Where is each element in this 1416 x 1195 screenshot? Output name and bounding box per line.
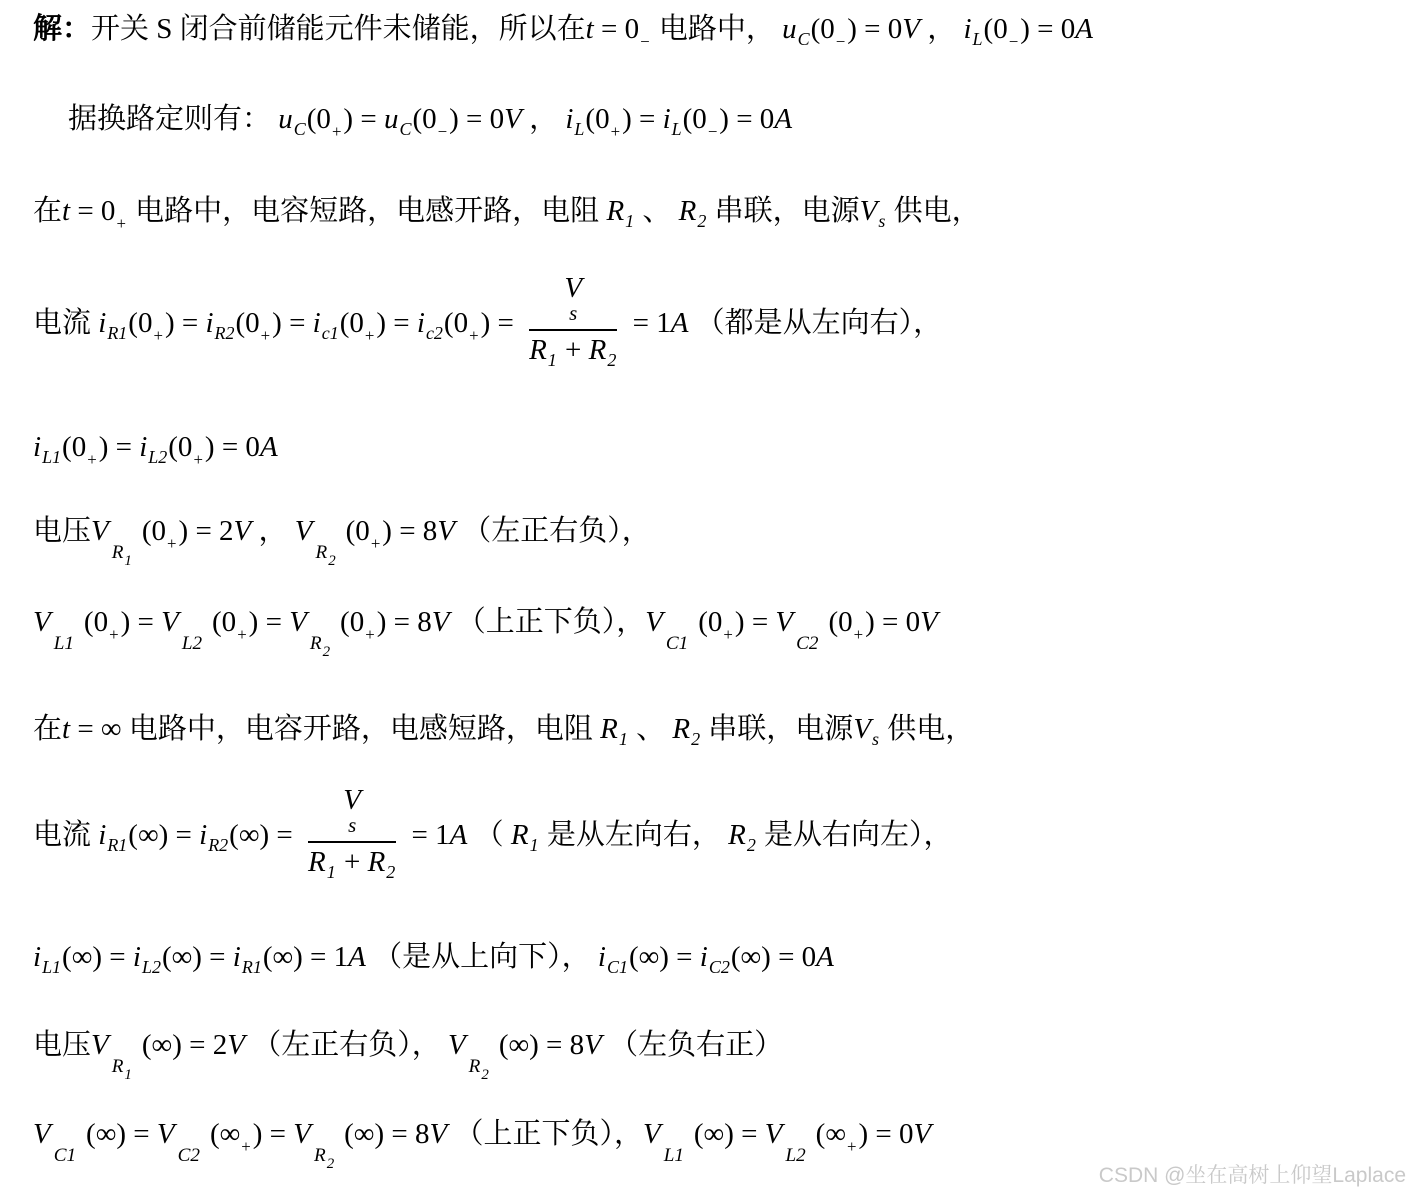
text-run: 电路中，电容短路，电感开路，电阻 (128, 195, 607, 227)
text-run: （左正右负）， (455, 515, 651, 547)
math-text: ) = 8 (377, 606, 432, 638)
formula-line: iL1(∞) = iL2(∞) = iR1(∞) = 1A （是从上向下）， i… (33, 938, 834, 977)
math-text: (∞) = 0 (731, 941, 816, 973)
sign-subscript: + (723, 625, 732, 644)
subscript: R2 (215, 323, 235, 343)
sign-subscript: + (365, 625, 374, 644)
math-text: ) = (735, 606, 776, 638)
text-run: 电路中，电容开路，电感短路，电阻 (129, 713, 600, 745)
math-text: (∞) = (694, 1118, 765, 1150)
subscript: C1 (607, 957, 628, 977)
math-var: V (564, 272, 582, 304)
text-run: 在 (33, 713, 62, 745)
math-text: ) = (249, 606, 290, 638)
math-var: V (643, 1118, 661, 1150)
math-text: (0 (340, 307, 364, 339)
math-var: R (511, 819, 529, 851)
math-text: ) = (481, 307, 522, 339)
math-var: V (645, 606, 663, 638)
subscript: R1 (107, 323, 127, 343)
subscript: 1 (548, 350, 557, 370)
math-var: R (679, 195, 697, 227)
bold-text-run: 解： (33, 13, 91, 45)
math-var: R (672, 713, 690, 745)
numerator-row: V (543, 273, 603, 303)
math-text: ) = 0 (858, 1118, 913, 1150)
deep-subscript: L2 (785, 1143, 805, 1169)
math-var: R (368, 846, 386, 878)
math-text: (0 (585, 103, 609, 135)
deep-subscript: R1 (112, 540, 132, 566)
deep-sub-digit: 2 (481, 1067, 488, 1083)
math-text: ) = (376, 307, 417, 339)
sign-subscript: + (365, 326, 374, 345)
math-text: (0 (340, 606, 364, 638)
math-text: (0 (84, 606, 108, 638)
math-var: i (139, 431, 147, 463)
math-var: V (920, 606, 938, 638)
math-var: i (98, 819, 106, 851)
deep-subscript: C1 (54, 1143, 76, 1169)
subscript: C (399, 119, 411, 139)
fraction-denominator: R1 + R2 (308, 845, 396, 880)
subscript: L (973, 29, 983, 49)
math-text: = 0 (70, 195, 115, 227)
math-var: R (600, 713, 618, 745)
math-var: i (700, 941, 708, 973)
math-var: V (289, 606, 307, 638)
math-var: V (91, 1029, 109, 1061)
math-text: (∞) = (162, 941, 233, 973)
math-var: s (348, 813, 356, 837)
sign-subscript: + (261, 326, 270, 345)
math-text: (∞ (210, 1118, 240, 1150)
math-text: (0 (412, 103, 436, 135)
math-text: (∞) = 1 (263, 941, 348, 973)
math-var: V (765, 1118, 783, 1150)
math-var: R (589, 334, 607, 366)
text-run: 在 (33, 195, 62, 227)
math-text: + (337, 846, 368, 878)
math-text: (0 (811, 13, 835, 45)
math-text: ) = 0 (865, 606, 920, 638)
math-text: (∞) = (86, 1118, 157, 1150)
deep-subscript: R2 (316, 540, 336, 566)
sign-subscript: + (847, 1137, 856, 1156)
sign-subscript: + (469, 326, 478, 345)
formula-line: VL1(0+) = VL2(0+) = VR2(0+) = 8V （上正下负），… (33, 603, 938, 642)
math-var: A (1075, 13, 1093, 45)
math-var: t (62, 713, 70, 745)
fraction-numerator: Vs (308, 785, 396, 837)
subscript: L2 (142, 957, 161, 977)
text-run: 电路中， (652, 13, 783, 45)
math-var: i (199, 819, 207, 851)
math-text: (∞) = 8 (499, 1029, 584, 1061)
deep-sub-digit: 2 (328, 553, 335, 569)
sign-subscript: + (109, 625, 118, 644)
formula-line: 电压VR1(0+) = 2V ， VR2(0+) = 8V （左正右负）， (33, 512, 651, 551)
math-var: i (233, 941, 241, 973)
deep-subscript: R2 (469, 1054, 489, 1080)
subscript: c1 (322, 323, 339, 343)
sign-subscript: − (836, 32, 845, 51)
subscript: L2 (148, 447, 167, 467)
subscript: s (872, 729, 879, 749)
subscript: L1 (42, 447, 61, 467)
formula-line: 在t = 0+ 电路中，电容短路，电感开路，电阻 R1 、 R2 串联，电源Vs… (33, 192, 981, 231)
text-run: 开关 S 闭合前储能元件未储能，所以在 (91, 13, 586, 45)
deep-sub-digit: 2 (323, 644, 330, 660)
math-var: V (157, 1118, 175, 1150)
math-var: t (586, 13, 594, 45)
deep-subscript: L2 (182, 631, 202, 657)
math-var: s (569, 301, 577, 325)
math-var: i (313, 307, 321, 339)
text-run: 是从左向右， (540, 819, 729, 851)
solution-content: 解：开关 S 闭合前储能元件未储能，所以在t = 0− 电路中， uC(0−) … (0, 0, 1416, 1195)
math-text: ) = 2 (179, 515, 234, 547)
formula-line: 据换路定则有： uC(0+) = uC(0−) = 0V ， iL(0+) = … (68, 100, 792, 139)
formula-line: 解：开关 S 闭合前储能元件未储能，所以在t = 0− 电路中， uC(0−) … (33, 10, 1093, 49)
text-run: 串联，电源 (701, 713, 853, 745)
math-var: i (33, 941, 41, 973)
text-run: ， (251, 515, 295, 547)
math-text: ) = 0 (847, 13, 902, 45)
deep-subscript: L1 (54, 631, 74, 657)
text-run: 电压 (33, 515, 91, 547)
formula-line: 电压VR1(∞) = 2V （左正右负）， VR2(∞) = 8V （左负右正） (33, 1026, 783, 1065)
math-text: (∞) = (62, 941, 133, 973)
deep-subscript: R2 (314, 1143, 334, 1169)
deep-sub-digit: 1 (124, 553, 131, 569)
deep-subscript: C2 (178, 1143, 200, 1169)
text-run: （左正右负）， (245, 1029, 448, 1061)
math-text: = ∞ (70, 713, 129, 745)
math-text: (∞) = (128, 819, 199, 851)
math-var: V (775, 606, 793, 638)
math-var: V (448, 1029, 466, 1061)
text-run: （上正下负）， (447, 1118, 643, 1150)
sign-subscript: − (708, 122, 717, 141)
text-run: （ (467, 819, 511, 851)
math-text: (∞ (816, 1118, 846, 1150)
subscript: C (798, 29, 810, 49)
text-run: 供电， (880, 713, 974, 745)
subscript: 1 (625, 211, 634, 231)
text-run: 电流 (33, 819, 98, 851)
math-var: V (295, 515, 313, 547)
subscript: 1 (530, 835, 539, 855)
sign-subscript: + (332, 122, 341, 141)
text-run: 电流 (33, 307, 98, 339)
math-var: V (914, 1118, 932, 1150)
subscript: L (574, 119, 584, 139)
watermark-text: CSDN @坐在高树上仰望Laplace (1099, 1159, 1406, 1189)
math-var: i (565, 103, 573, 135)
math-var: A (348, 941, 366, 973)
deep-subscript: R1 (112, 1054, 132, 1080)
math-var: A (671, 307, 689, 339)
math-var: V (853, 713, 871, 745)
numerator-row: s (543, 303, 603, 325)
sign-subscript: − (438, 122, 447, 141)
math-text: (0 (683, 103, 707, 135)
math-var: V (902, 13, 920, 45)
text-run: （上正下负）， (449, 606, 645, 638)
text-run: 、 (629, 713, 673, 745)
text-run: （左负右正） (602, 1029, 783, 1061)
math-text: (∞) = 2 (142, 1029, 227, 1061)
math-text: ) = (99, 431, 140, 463)
sign-subscript: + (116, 214, 125, 233)
math-text: ) = 0 (1020, 13, 1075, 45)
math-var: A (450, 819, 468, 851)
math-var: V (33, 606, 51, 638)
fraction-numerator: Vs (529, 273, 617, 325)
sign-subscript: + (167, 534, 176, 553)
sign-subscript: + (193, 450, 202, 469)
math-var: i (417, 307, 425, 339)
math-text: (∞) = 8 (344, 1118, 429, 1150)
math-text: (0 (62, 431, 86, 463)
math-text: (0 (444, 307, 468, 339)
math-var: R (529, 334, 547, 366)
math-var: u (782, 13, 797, 45)
sign-subscript: + (87, 450, 96, 469)
math-var: V (227, 1029, 245, 1061)
math-text: (0 (168, 431, 192, 463)
math-var: V (293, 1118, 311, 1150)
deep-sub-digit: 2 (327, 1156, 334, 1172)
math-var: t (62, 195, 70, 227)
text-run: 、 (635, 195, 679, 227)
text-run: 串联，电源 (707, 195, 859, 227)
math-text: (0 (984, 13, 1008, 45)
fraction-bar (529, 329, 617, 331)
math-text: ) = 0 (449, 103, 504, 135)
math-var: i (205, 307, 213, 339)
subscript: L1 (42, 957, 61, 977)
math-text: ) = (272, 307, 313, 339)
math-text: = 1 (404, 819, 449, 851)
math-var: V (234, 515, 252, 547)
math-var: i (963, 13, 971, 45)
subscript: 1 (327, 862, 336, 882)
sign-subscript: + (153, 326, 162, 345)
sign-subscript: + (371, 534, 380, 553)
subscript: s (878, 211, 885, 231)
text-run: 供电， (886, 195, 980, 227)
document-page: 解：开关 S 闭合前储能元件未储能，所以在t = 0− 电路中， uC(0−) … (0, 0, 1416, 1195)
math-text: = 0 (594, 13, 639, 45)
text-run: （都是从左向右）， (688, 307, 942, 339)
sign-subscript: − (1009, 32, 1018, 51)
text-run: 据换路定则有： (68, 103, 278, 135)
deep-subscript: R2 (310, 631, 330, 657)
deep-sub-digit: 1 (124, 1067, 131, 1083)
formula-line: VC1(∞) = VC2(∞+) = VR2(∞) = 8V （上正下负），VL… (33, 1115, 931, 1154)
math-var: V (429, 1118, 447, 1150)
math-var: V (161, 606, 179, 638)
subscript: 2 (697, 211, 706, 231)
math-var: i (663, 103, 671, 135)
math-var: u (278, 103, 293, 135)
fraction: VsR1 + R2 (529, 273, 617, 368)
math-var: i (98, 307, 106, 339)
subscript: R1 (107, 835, 127, 855)
sign-subscript: − (640, 32, 649, 51)
math-var: i (33, 431, 41, 463)
math-var: i (598, 941, 606, 973)
formula-line: 在t = ∞ 电路中，电容开路，电感短路，电阻 R1 、 R2 串联，电源Vs … (33, 710, 974, 749)
subscript: 2 (747, 835, 756, 855)
math-text: (0 (128, 307, 152, 339)
numerator-row: V (322, 785, 382, 815)
formula-line: 电流 iR1(0+) = iR2(0+) = ic1(0+) = ic2(0+)… (33, 278, 942, 373)
math-text: ) = 8 (382, 515, 437, 547)
math-var: A (260, 431, 278, 463)
math-var: i (133, 941, 141, 973)
math-text: (0 (142, 515, 166, 547)
subscript: 2 (691, 729, 700, 749)
math-var: V (437, 515, 455, 547)
math-var: u (384, 103, 399, 135)
text-run: ， (920, 13, 964, 45)
fraction-bar (308, 841, 396, 843)
subscript: 2 (607, 350, 616, 370)
text-run: ， (522, 103, 566, 135)
math-var: R (606, 195, 624, 227)
math-text: (0 (346, 515, 370, 547)
math-text: (∞) = (629, 941, 700, 973)
math-var: V (860, 195, 878, 227)
math-text: (0 (236, 307, 260, 339)
subscript: R1 (242, 957, 262, 977)
text-run: 是从右向左）， (757, 819, 953, 851)
math-var: R (308, 846, 326, 878)
math-var: A (774, 103, 792, 135)
math-var: V (584, 1029, 602, 1061)
math-var: V (504, 103, 522, 135)
sign-subscript: + (237, 625, 246, 644)
math-var: V (432, 606, 450, 638)
sign-subscript: + (611, 122, 620, 141)
math-text: (0 (212, 606, 236, 638)
sign-subscript: + (241, 1137, 250, 1156)
math-var: V (343, 784, 361, 816)
subscript: R2 (208, 835, 228, 855)
math-var: A (816, 941, 834, 973)
numerator-row: s (322, 815, 382, 837)
subscript: 1 (619, 729, 628, 749)
math-text: ) = (121, 606, 162, 638)
deep-subscript: C2 (796, 631, 818, 657)
math-var: V (33, 1118, 51, 1150)
formula-line: 电流 iR1(∞) = iR2(∞) = VsR1 + R2 = 1A （ R1… (33, 790, 953, 885)
subscript: c2 (426, 323, 443, 343)
formula-line: iL1(0+) = iL2(0+) = 0A (33, 428, 278, 467)
fraction-denominator: R1 + R2 (529, 333, 617, 368)
text-run: 电压 (33, 1029, 91, 1061)
math-text: = 1 (625, 307, 670, 339)
subscript: 2 (386, 862, 395, 882)
deep-subscript: C1 (666, 631, 688, 657)
deep-subscript: L1 (664, 1143, 684, 1169)
fraction: VsR1 + R2 (308, 785, 396, 880)
math-var: R (728, 819, 746, 851)
sign-subscript: + (854, 625, 863, 644)
math-text: (0 (828, 606, 852, 638)
math-text: ) = 0 (719, 103, 774, 135)
math-text: (0 (307, 103, 331, 135)
math-text: ) = (343, 103, 384, 135)
subscript: C2 (709, 957, 730, 977)
math-text: ) = (622, 103, 663, 135)
math-text: + (558, 334, 589, 366)
subscript: L (672, 119, 682, 139)
subscript: C (294, 119, 306, 139)
math-text: (0 (698, 606, 722, 638)
math-text: (∞) = (229, 819, 300, 851)
text-run: （是从上向下）， (366, 941, 598, 973)
math-var: V (91, 515, 109, 547)
math-text: ) = (165, 307, 206, 339)
math-text: ) = 0 (205, 431, 260, 463)
math-text: ) = (253, 1118, 294, 1150)
